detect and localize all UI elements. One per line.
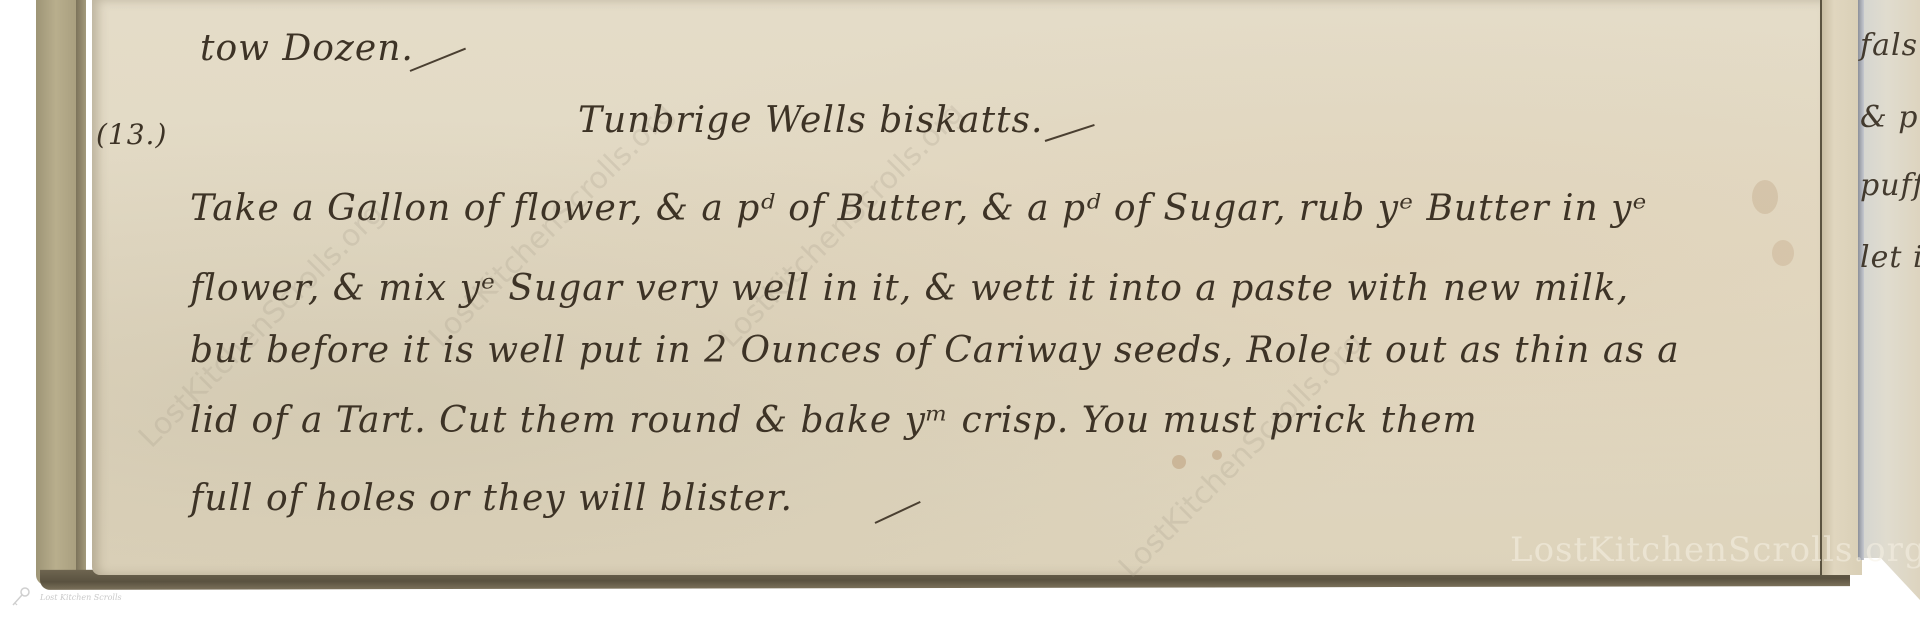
recipe-line-4: lid of a Tart. Cut them round & bake yᵐ … xyxy=(190,400,1478,441)
stain xyxy=(1212,450,1222,460)
book-cover-edge xyxy=(36,0,86,585)
previous-entry-end: tow Dozen. xyxy=(200,28,414,69)
facing-page-line-2: & put o xyxy=(1860,100,1920,135)
recipe-title: Tunbrige Wells biskatts. xyxy=(578,100,1043,141)
recipe-line-3: but before it is well put in 2 Ounces of… xyxy=(190,330,1680,371)
recipe-number: (13.) xyxy=(96,118,167,151)
facing-page-line-3: puff p xyxy=(1860,168,1920,203)
logo-text: Lost Kitchen Scrolls xyxy=(40,593,122,602)
recipe-line-2: flower, & mix yᵉ Sugar very well in it, … xyxy=(190,268,1629,309)
facing-page-line-1: fals of xyxy=(1860,28,1920,63)
stain xyxy=(1772,240,1794,266)
page-gutter-shadow xyxy=(1858,0,1864,560)
stain xyxy=(1752,180,1778,214)
facing-page xyxy=(1864,0,1920,600)
key-icon xyxy=(10,586,32,608)
facing-page-line-4: let it xyxy=(1860,240,1920,275)
recipe-line-5: full of holes or they will blister. xyxy=(190,478,793,519)
stain xyxy=(1172,455,1186,469)
site-logo: Lost Kitchen Scrolls xyxy=(10,586,122,608)
footer-watermark: LostKitchenScrolls.org xyxy=(1510,530,1920,570)
manuscript-scan: LostKitchenScrolls.org LostKitchenScroll… xyxy=(0,0,1920,621)
recipe-line-1: Take a Gallon of flower, & a pᵈ of Butte… xyxy=(190,188,1647,229)
page-gutter xyxy=(1820,0,1862,575)
